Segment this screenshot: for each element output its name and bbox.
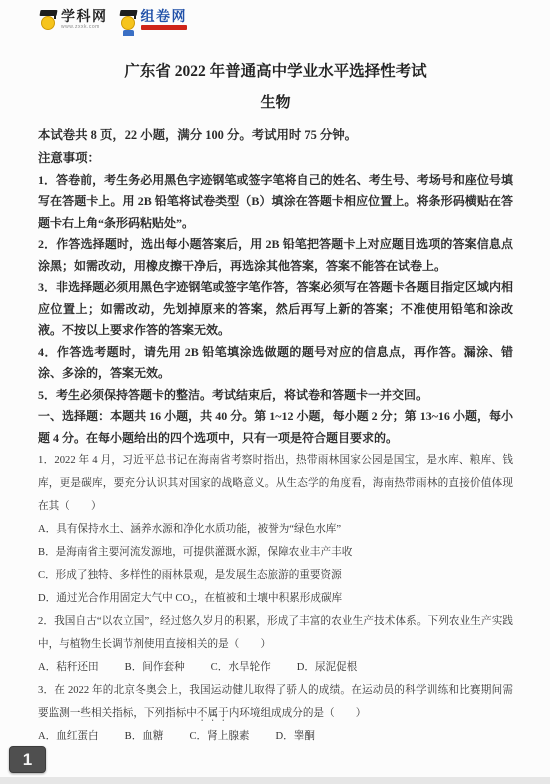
notice-item-2: 2．作答选择题时，选出每小题答案后，用 2B 铅笔把答题卡上对应题目选项的答案信… bbox=[38, 234, 513, 277]
question-3-option-a: A．血红蛋白 bbox=[38, 725, 99, 748]
question-3-option-c: C．肾上腺素 bbox=[189, 725, 249, 748]
question-3-option-b: B．血糖 bbox=[125, 725, 164, 748]
question-1-stem: 1．2022 年 4 月，习近平总书记在海南省考察时指出，热带雨林国家公园是国宝… bbox=[38, 449, 513, 518]
notice-item-5: 5．考生必须保持答题卡的整洁。考试结束后，将试卷和答题卡一并交回。 bbox=[38, 385, 513, 407]
question-2-options: A．秸秆还田 B．间作套种 C．水旱轮作 D．尿泥促根 bbox=[38, 656, 513, 679]
paper-subject: 生物 bbox=[38, 93, 513, 113]
question-2: 2．我国自古“以农立国”，经过悠久岁月的积累，形成了丰富的农业生产技术体系。下列… bbox=[38, 610, 513, 679]
question-3-option-d: D．睾酮 bbox=[276, 725, 315, 748]
question-2-stem: 2．我国自古“以农立国”，经过悠久岁月的积累，形成了丰富的农业生产技术体系。下列… bbox=[38, 610, 513, 656]
page-number-badge: 1 bbox=[9, 746, 46, 773]
question-1-option-c: C．形成了独特、多样性的雨林景观，是发展生态旅游的重要资源 bbox=[38, 564, 513, 587]
bottom-strip bbox=[0, 777, 550, 784]
page-number: 1 bbox=[23, 751, 32, 768]
document-content: 广东省 2022 年普通高中学业水平选择性考试 生物 本试卷共 8 页，22 小… bbox=[0, 0, 550, 748]
zujuanwang-logo: 组卷网 bbox=[120, 9, 188, 36]
question-3-stem-emphasis: 不属于 bbox=[197, 708, 229, 719]
question-1-option-d: D．通过光合作用固定大气中 CO₂，在植被和土壤中积累形成碳库 bbox=[38, 587, 513, 610]
question-1: 1．2022 年 4 月，习近平总书记在海南省考察时指出，热带雨林国家公园是国宝… bbox=[38, 449, 513, 610]
notice-item-1: 1．答卷前，考生务必用黑色字迹钢笔或签字笔将自己的姓名、考生号、考场号和座位号填… bbox=[38, 170, 513, 235]
question-2-option-d: D．尿泥促根 bbox=[297, 656, 358, 679]
section-heading: 一、选择题：本题共 16 小题，共 40 分。第 1~12 小题，每小题 2 分… bbox=[38, 406, 513, 449]
exam-paper-page: 学科网 www.zxxk.com 组卷网 广东省 2022 年普通高中学业水平选… bbox=[0, 0, 550, 784]
xuekewang-logo: 学科网 www.zxxk.com bbox=[40, 9, 108, 36]
notice-heading: 注意事项： bbox=[38, 148, 513, 170]
paper-title: 广东省 2022 年普通高中学业水平选择性考试 bbox=[38, 62, 513, 82]
question-1-option-a: A．具有保持水土、涵养水源和净化水质功能，被誉为“绿色水库” bbox=[38, 518, 513, 541]
xuekewang-logo-text: 学科网 bbox=[61, 9, 108, 23]
question-1-option-b: B．是海南省主要河流发源地，可提供灌溉水源，保障农业丰产丰收 bbox=[38, 541, 513, 564]
question-3-options: A．血红蛋白 B．血糖 C．肾上腺素 D．睾酮 bbox=[38, 725, 513, 748]
question-3-stem-post: 内环境组成成分的是（ ） bbox=[229, 708, 367, 719]
xuekewang-logo-url: www.zxxk.com bbox=[61, 25, 108, 30]
zujuanwang-logo-text: 组卷网 bbox=[141, 9, 188, 23]
notice-item-3: 3．非选择题必须用黑色字迹钢笔或签字笔作答，答案必须写在答题卡各题目指定区域内相… bbox=[38, 277, 513, 342]
xuekewang-mascot-icon bbox=[40, 9, 58, 36]
question-3: 3．在 2022 年的北京冬奥会上，我国运动健儿取得了骄人的成绩。在运动员的科学… bbox=[38, 679, 513, 748]
paper-info-line: 本试卷共 8 页，22 小题，满分 100 分。考试用时 75 分钟。 bbox=[38, 126, 513, 144]
question-2-option-c: C．水旱轮作 bbox=[211, 656, 271, 679]
header-logos: 学科网 www.zxxk.com 组卷网 bbox=[40, 9, 187, 36]
notice-item-4: 4．作答选考题时，请先用 2B 铅笔填涂选做题的题号对应的信息点，再作答。漏涂、… bbox=[38, 342, 513, 385]
zujuanwang-mascot-icon bbox=[120, 9, 138, 36]
question-3-stem: 3．在 2022 年的北京冬奥会上，我国运动健儿取得了骄人的成绩。在运动员的科学… bbox=[38, 679, 513, 725]
question-2-option-b: B．间作套种 bbox=[125, 656, 185, 679]
question-2-option-a: A．秸秆还田 bbox=[38, 656, 99, 679]
zujuanwang-logo-banner bbox=[141, 25, 187, 30]
